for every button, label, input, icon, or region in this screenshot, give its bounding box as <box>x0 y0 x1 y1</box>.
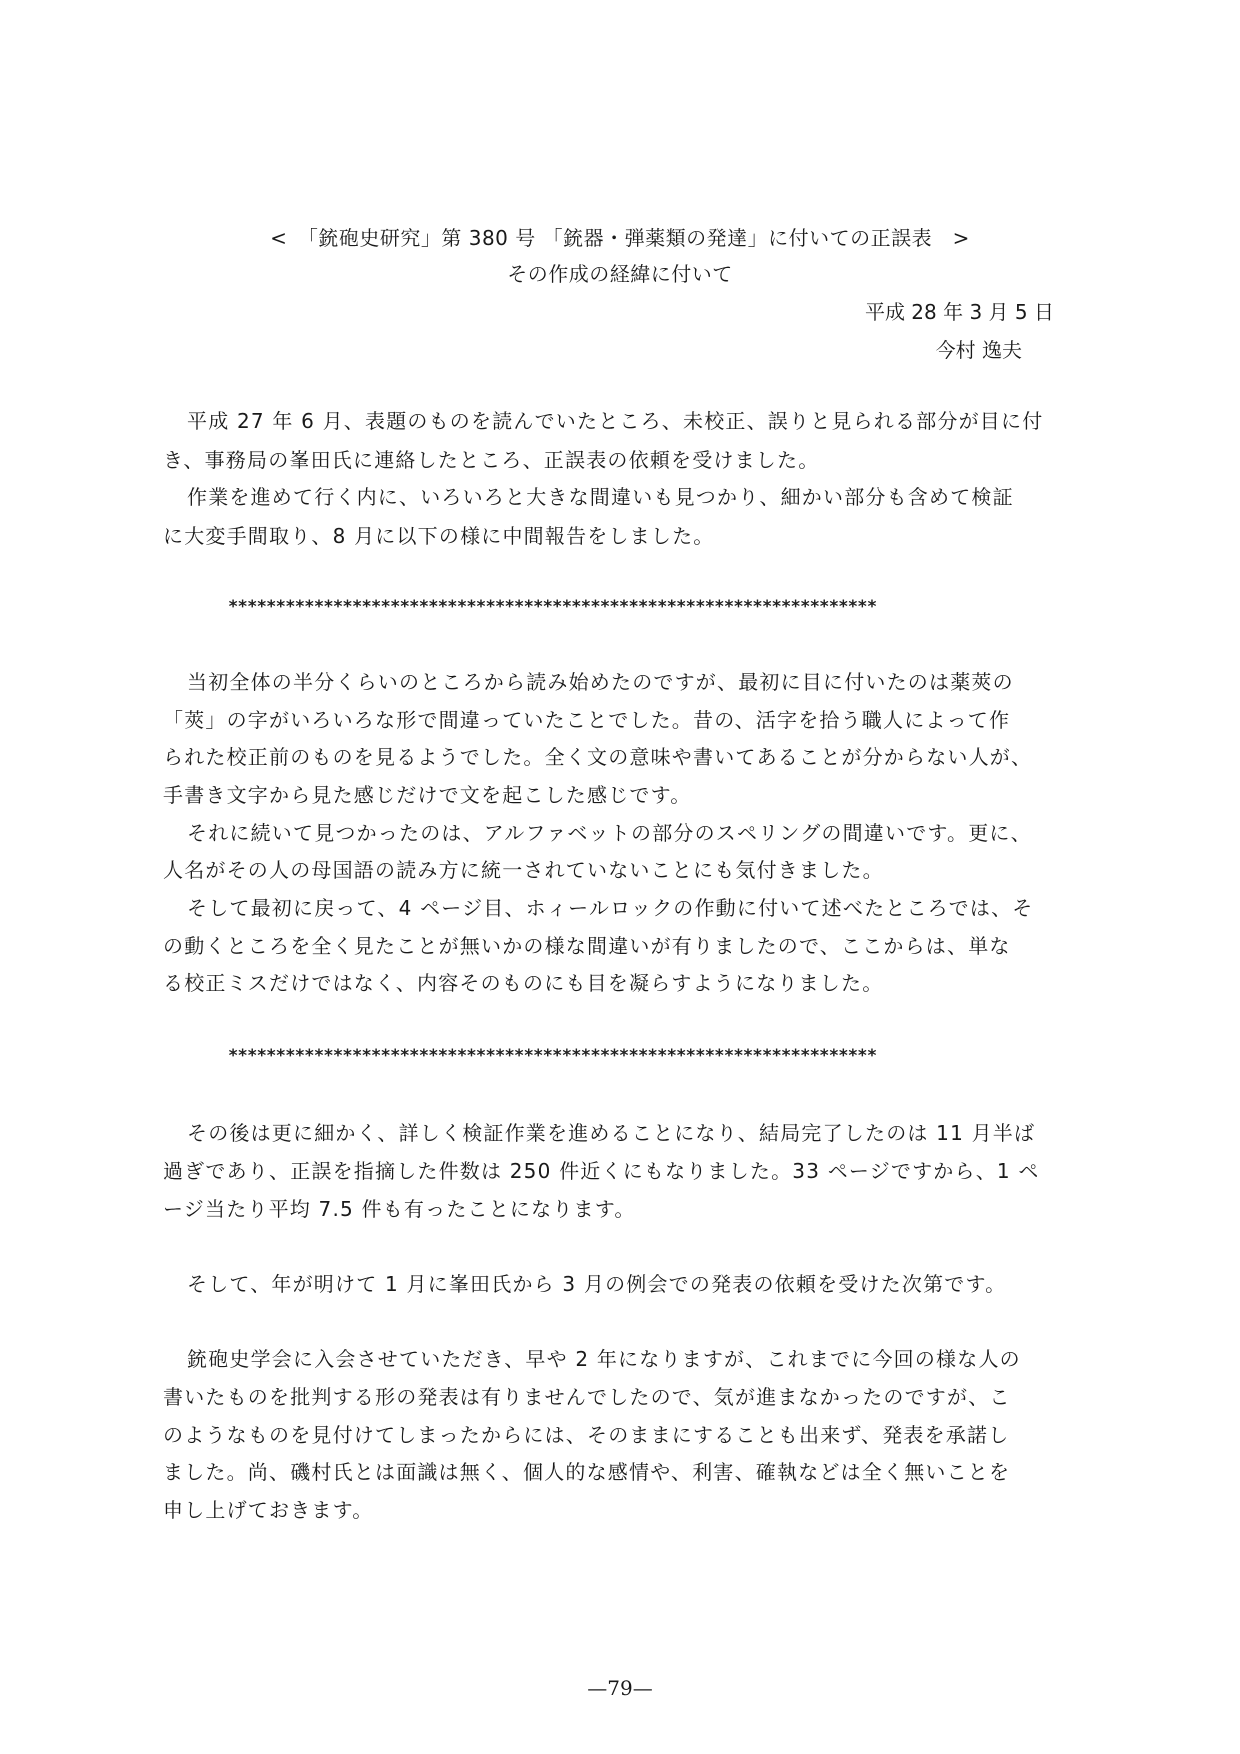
page-number: —79— <box>0 1676 1240 1700</box>
separator-asterisks: ****************************************… <box>228 597 876 617</box>
separator-asterisks: ****************************************… <box>228 1046 876 1066</box>
document-author: 今村 逸夫 <box>936 334 1022 363</box>
document-date: 平成 28 年 3 月 5 日 <box>865 296 1054 325</box>
paragraph-5-line-2: の動くところを全く見たことが無いかの様な間違いが有りましたので、ここからは、単な <box>163 930 1011 959</box>
paragraph-8-line-4: ました。尚、磯村氏とは面識は無く、個人的な感情や、利害、確執などは全く無いことを <box>163 1456 1010 1485</box>
paragraph-8-line-2: 書いたものを批判する形の発表は有りませんでしたので、気が進まなかったのですが、こ <box>163 1381 1011 1410</box>
paragraph-3-line-2: 「莢」の字がいろいろな形で間違っていたことでした。昔の、活字を拾う職人によって作 <box>163 704 1010 733</box>
paragraph-8-line-1: 銃砲史学会に入会させていただき、早や 2 年になりますが、これまでに今回の様な人… <box>163 1343 1021 1372</box>
document-page: < 「銃砲史研究」第 380 号 「銃器・弾薬類の発達」に付いての正誤表 > そ… <box>0 0 1240 1754</box>
paragraph-6-line-1: その後は更に細かく、詳しく検証作業を進めることになり、結局完了したのは 11 月… <box>163 1117 1035 1146</box>
paragraph-8-line-3: のようなものを見付けてしまったからには、そのままにすることも出来ず、発表を承諾し <box>163 1419 1009 1448</box>
paragraph-2-line-2: に大変手間取り、8 月に以下の様に中間報告をしました。 <box>163 520 714 549</box>
paragraph-8-line-5: 申し上げておきます。 <box>163 1494 373 1523</box>
paragraph-6-line-2: 過ぎであり、正誤を指摘した件数は 250 件近くにもなりました。33 ページです… <box>163 1155 1040 1184</box>
paragraph-3-line-3: られた校正前のものを見るようでした。全く文の意味や書いてあることが分からない人が… <box>163 741 1032 770</box>
paragraph-3-line-4: 手書き文字から見た感じだけで文を起こした感じです。 <box>163 779 691 808</box>
paragraph-4-line-1: それに続いて見つかったのは、アルファベットの部分のスペリングの間違いです。更に、 <box>163 817 1032 846</box>
paragraph-4-line-2: 人名がその人の母国語の読み方に統一されていないことにも気付きました。 <box>163 854 884 883</box>
paragraph-1-line-2: き、事務局の峯田氏に連絡したところ、正誤表の依頼を受けました。 <box>163 444 819 473</box>
document-subtitle: その作成の経緯に付いて <box>0 258 1240 287</box>
paragraph-7-line-1: そして、年が明けて 1 月に峯田氏から 3 月の例会での発表の依頼を受けた次第で… <box>163 1268 1006 1297</box>
document-title: < 「銃砲史研究」第 380 号 「銃器・弾薬類の発達」に付いての正誤表 > <box>0 222 1240 251</box>
paragraph-5-line-3: る校正ミスだけではなく、内容そのものにも目を凝らすようになりました。 <box>163 967 883 996</box>
paragraph-5-line-1: そして最初に戻って、4 ページ目、ホィールロックの作動に付いて述べたところでは、… <box>163 892 1033 921</box>
paragraph-3-line-1: 当初全体の半分くらいのところから読み始めたのですが、最初に目に付いたのは薬莢の <box>163 666 1014 695</box>
paragraph-2-line-1: 作業を進めて行く内に、いろいろと大きな間違いも見つかり、細かい部分も含めて検証 <box>163 481 1014 510</box>
paragraph-6-line-3: ージ当たり平均 7.5 件も有ったことになります。 <box>163 1193 636 1222</box>
paragraph-1-line-1: 平成 27 年 6 月、表題のものを読んでいたところ、未校正、誤りと見られる部分… <box>163 405 1043 434</box>
